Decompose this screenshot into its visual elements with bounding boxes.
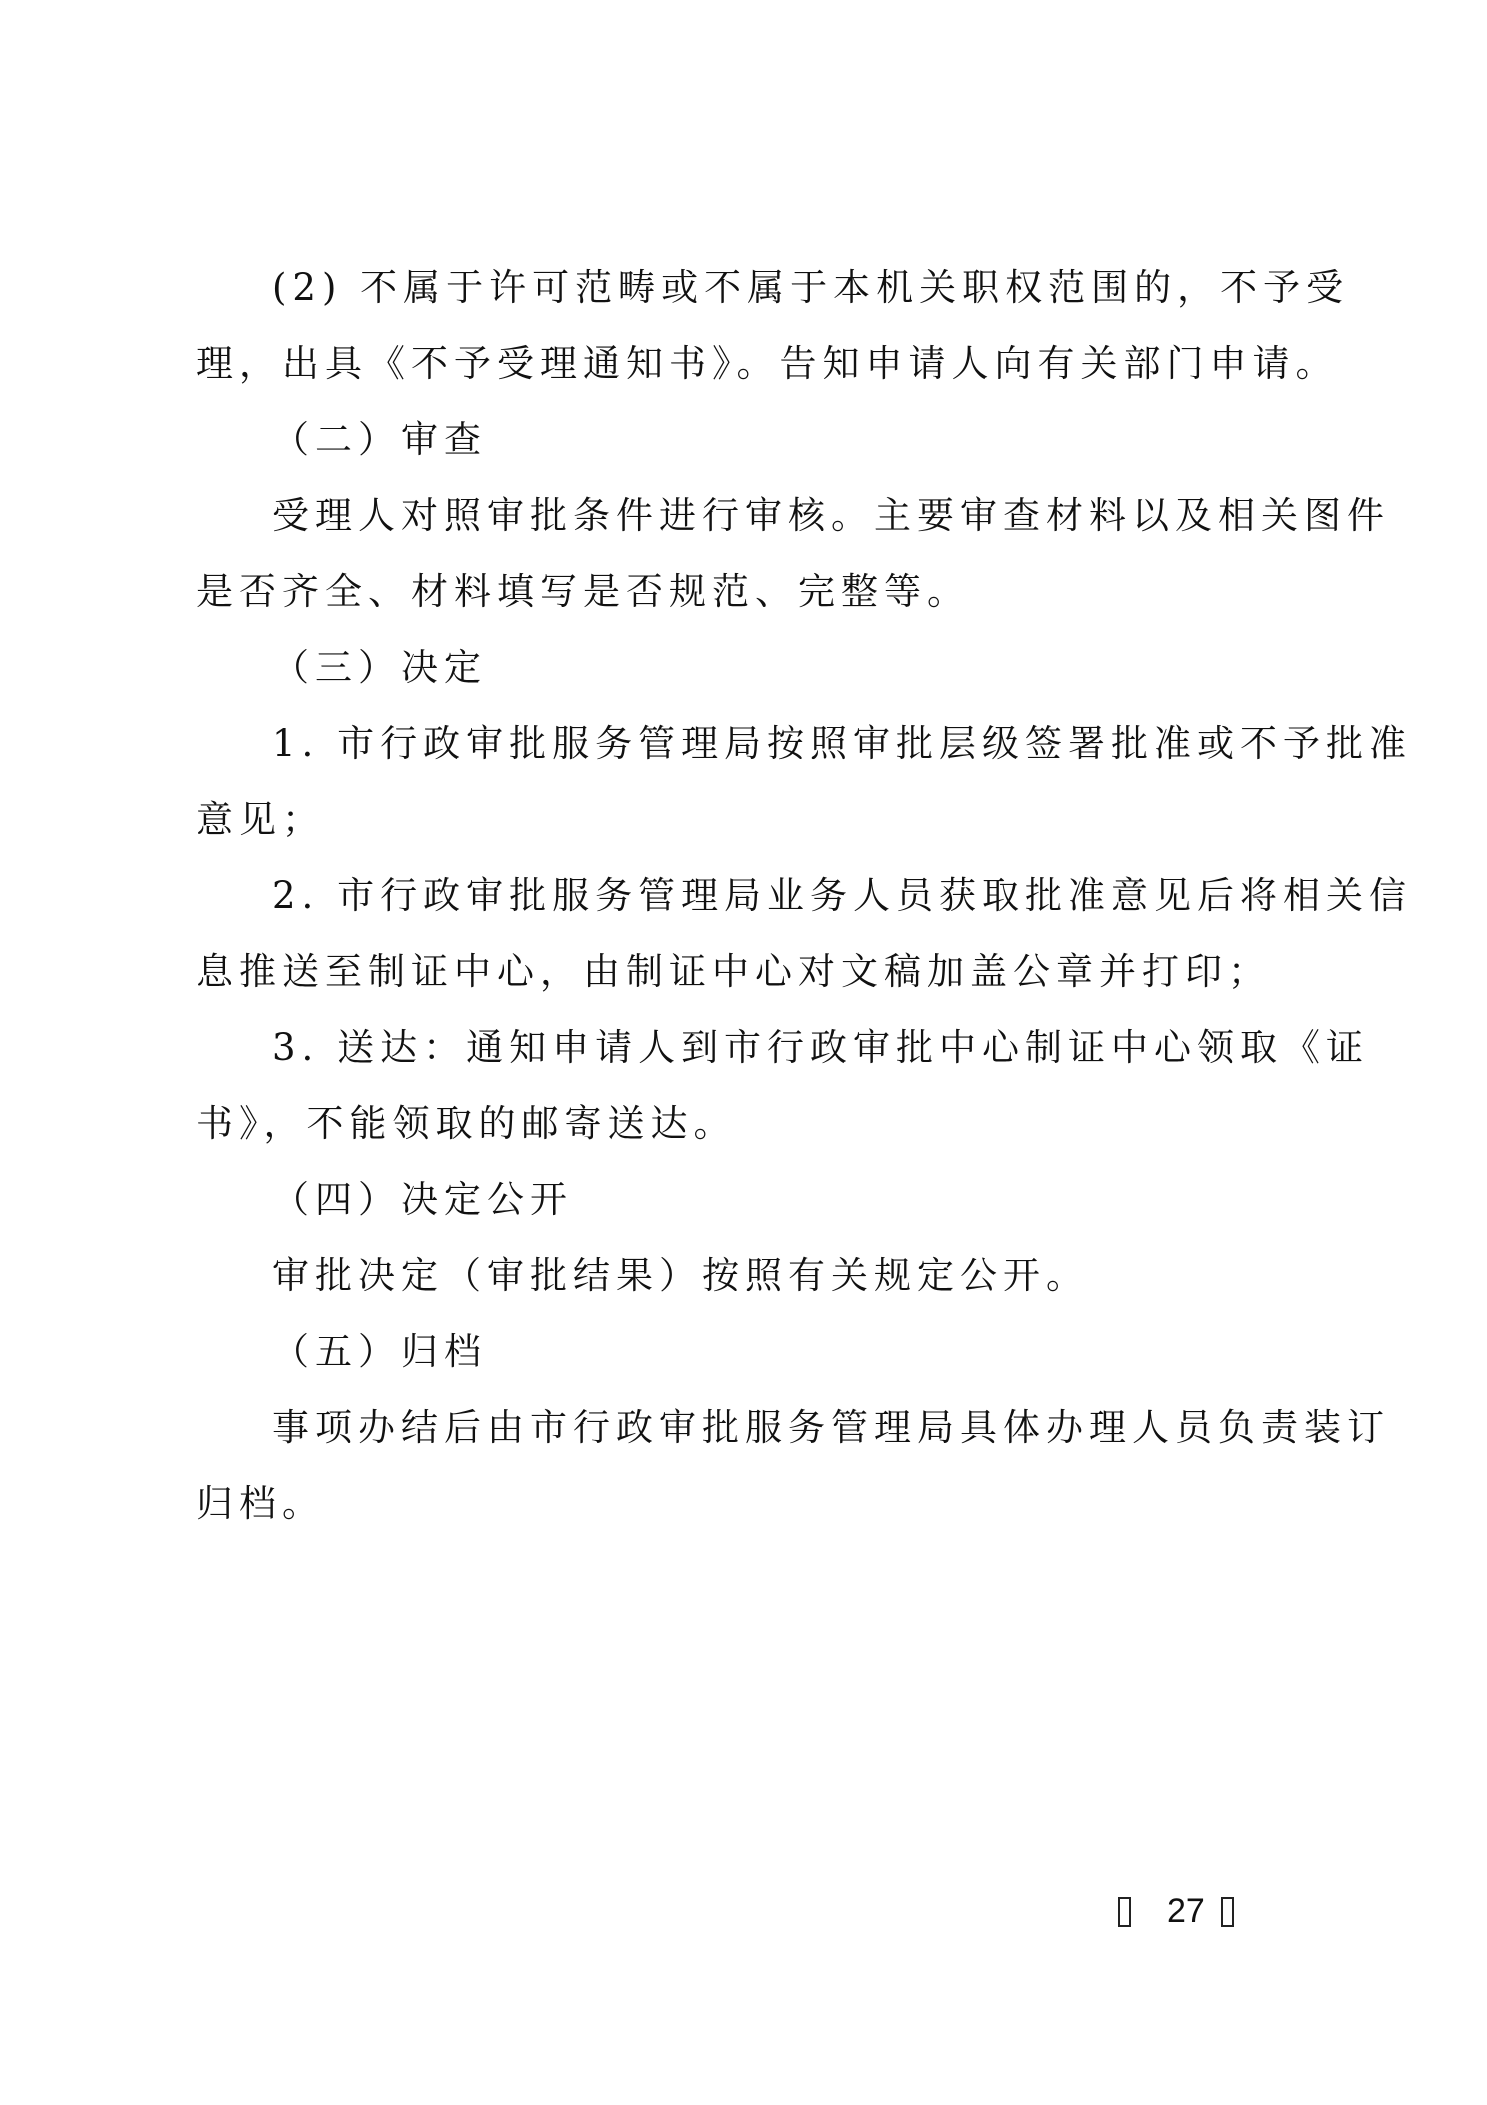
section-heading: （四）决定公开 (272, 1176, 573, 1224)
page-footer: 27 (1118, 1892, 1234, 1931)
list-item-line: 2. 市行政审批服务管理局业务人员获取批准意见后将相关信 (272, 872, 1412, 920)
section-heading: （五）归档 (272, 1328, 487, 1376)
missing-glyph-icon (1221, 1897, 1234, 1927)
paragraph-line: 是否齐全、材料填写是否规范、完整等。 (196, 568, 970, 616)
list-item-line: 息推送至制证中心，由制证中心对文稿加盖公章并打印； (196, 948, 1271, 996)
paragraph-line: 理，出具《不予受理通知书》。告知申请人向有关部门申请。 (196, 340, 1339, 388)
section-heading: （三）决定 (272, 644, 487, 692)
paragraph-line: 审批决定（审批结果）按照有关规定公开。 (272, 1252, 1089, 1300)
paragraph-line: 归档。 (196, 1480, 325, 1528)
list-item-line: 书》，不能领取的邮寄送达。 (196, 1100, 737, 1148)
paragraph-line: 受理人对照审批条件进行审核。主要审查材料以及相关图件 (272, 492, 1390, 540)
list-item-line: 3. 送达：通知申请人到市行政审批中心制证中心领取《证 (272, 1024, 1369, 1072)
paragraph-line: 事项办结后由市行政审批服务管理局具体办理人员负责装订 (272, 1404, 1390, 1452)
list-item-line: 1. 市行政审批服务管理局按照审批层级签署批准或不予批准 (272, 720, 1412, 768)
document-page: (2) 不属于许可范畴或不属于本机关职权范围的，不予受 理，出具《不予受理通知书… (0, 0, 1487, 2105)
missing-glyph-icon (1118, 1897, 1131, 1927)
page-number: 27 (1167, 1892, 1205, 1931)
paragraph-line: (2) 不属于许可范畴或不属于本机关职权范围的，不予受 (272, 264, 1349, 312)
list-item-line: 意见； (196, 796, 325, 844)
section-heading: （二）审查 (272, 416, 487, 464)
